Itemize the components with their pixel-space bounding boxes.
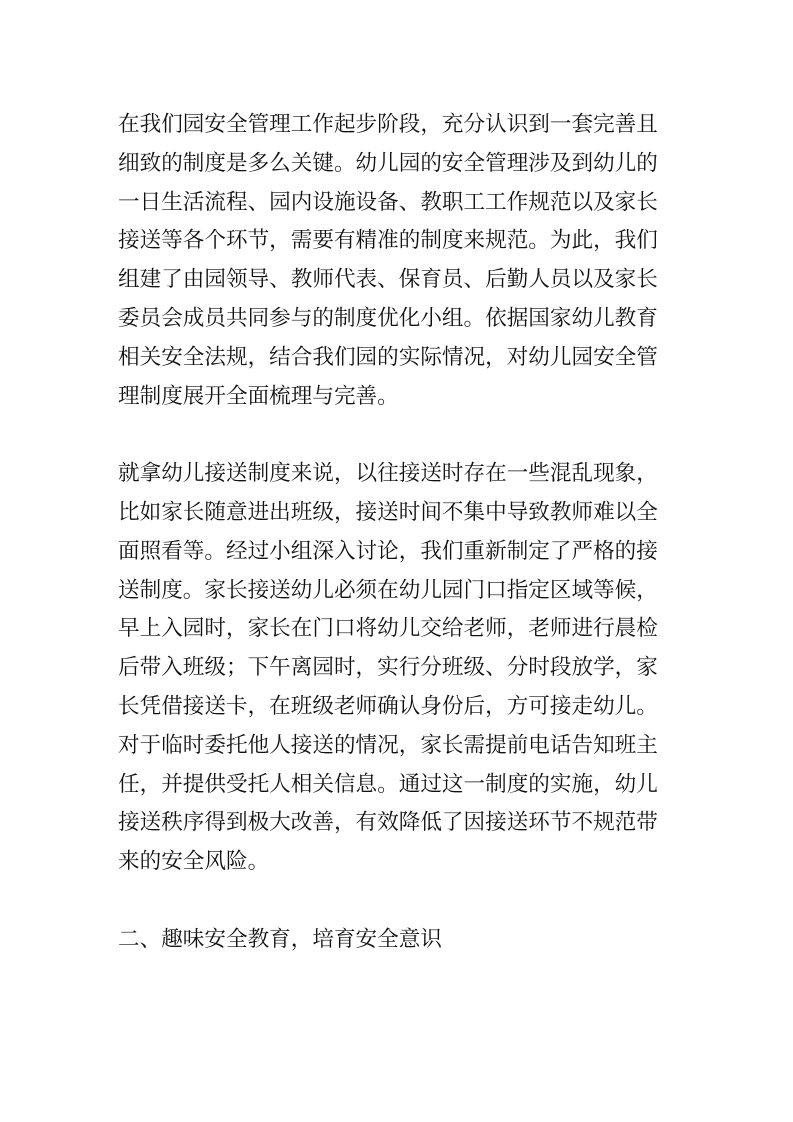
text-line: 比如家长随意进出班级，接送时间不集中导致教师难以全 — [118, 494, 683, 533]
paragraph-spacer — [118, 416, 683, 455]
paragraph-pickup-policy: 就拿幼儿接送制度来说，以往接送时存在一些混乱现象， 比如家长随意进出班级，接送时… — [118, 455, 683, 882]
paragraph-spacer — [118, 882, 683, 921]
text-line: 在我们园安全管理工作起步阶段，充分认识到一套完善且 — [118, 106, 683, 145]
section-heading: 二、趣味安全教育，培育安全意识 — [118, 921, 683, 960]
text-line: 任，并提供受托人相关信息。通过这一制度的实施，幼儿 — [118, 766, 683, 805]
text-line: 长凭借接送卡，在班级老师确认身份后，方可接走幼儿。 — [118, 688, 683, 727]
text-line: 委员会成员共同参与的制度优化小组。依据国家幼儿教育 — [118, 300, 683, 339]
text-line: 相关安全法规，结合我们园的实际情况，对幼儿园安全管 — [118, 339, 683, 378]
text-line: 对于临时委托他人接送的情况，家长需提前电话告知班主 — [118, 727, 683, 766]
text-line: 接送秩序得到极大改善，有效降低了因接送环节不规范带 — [118, 804, 683, 843]
text-line: 面照看等。经过小组深入讨论，我们重新制定了严格的接 — [118, 533, 683, 572]
text-line: 送制度。家长接送幼儿必须在幼儿园门口指定区域等候， — [118, 572, 683, 611]
text-line: 早上入园时，家长在门口将幼儿交给老师，老师进行晨检 — [118, 610, 683, 649]
section-heading-text: 二、趣味安全教育，培育安全意识 — [118, 921, 683, 960]
text-line: 后带入班级；下午离园时，实行分班级、分时段放学，家 — [118, 649, 683, 688]
text-line: 理制度展开全面梳理与完善。 — [118, 378, 683, 417]
paragraph-institution-building: 在我们园安全管理工作起步阶段，充分认识到一套完善且 细致的制度是多么关键。幼儿园… — [118, 106, 683, 416]
document-page: 在我们园安全管理工作起步阶段，充分认识到一套完善且 细致的制度是多么关键。幼儿园… — [118, 106, 683, 960]
text-line: 接送等各个环节，需要有精准的制度来规范。为此，我们 — [118, 222, 683, 261]
text-line: 组建了由园领导、教师代表、保育员、后勤人员以及家长 — [118, 261, 683, 300]
text-line: 就拿幼儿接送制度来说，以往接送时存在一些混乱现象， — [118, 455, 683, 494]
text-line: 一日生活流程、园内设施设备、教职工工作规范以及家长 — [118, 184, 683, 223]
text-line: 来的安全风险。 — [118, 843, 683, 882]
text-line: 细致的制度是多么关键。幼儿园的安全管理涉及到幼儿的 — [118, 145, 683, 184]
